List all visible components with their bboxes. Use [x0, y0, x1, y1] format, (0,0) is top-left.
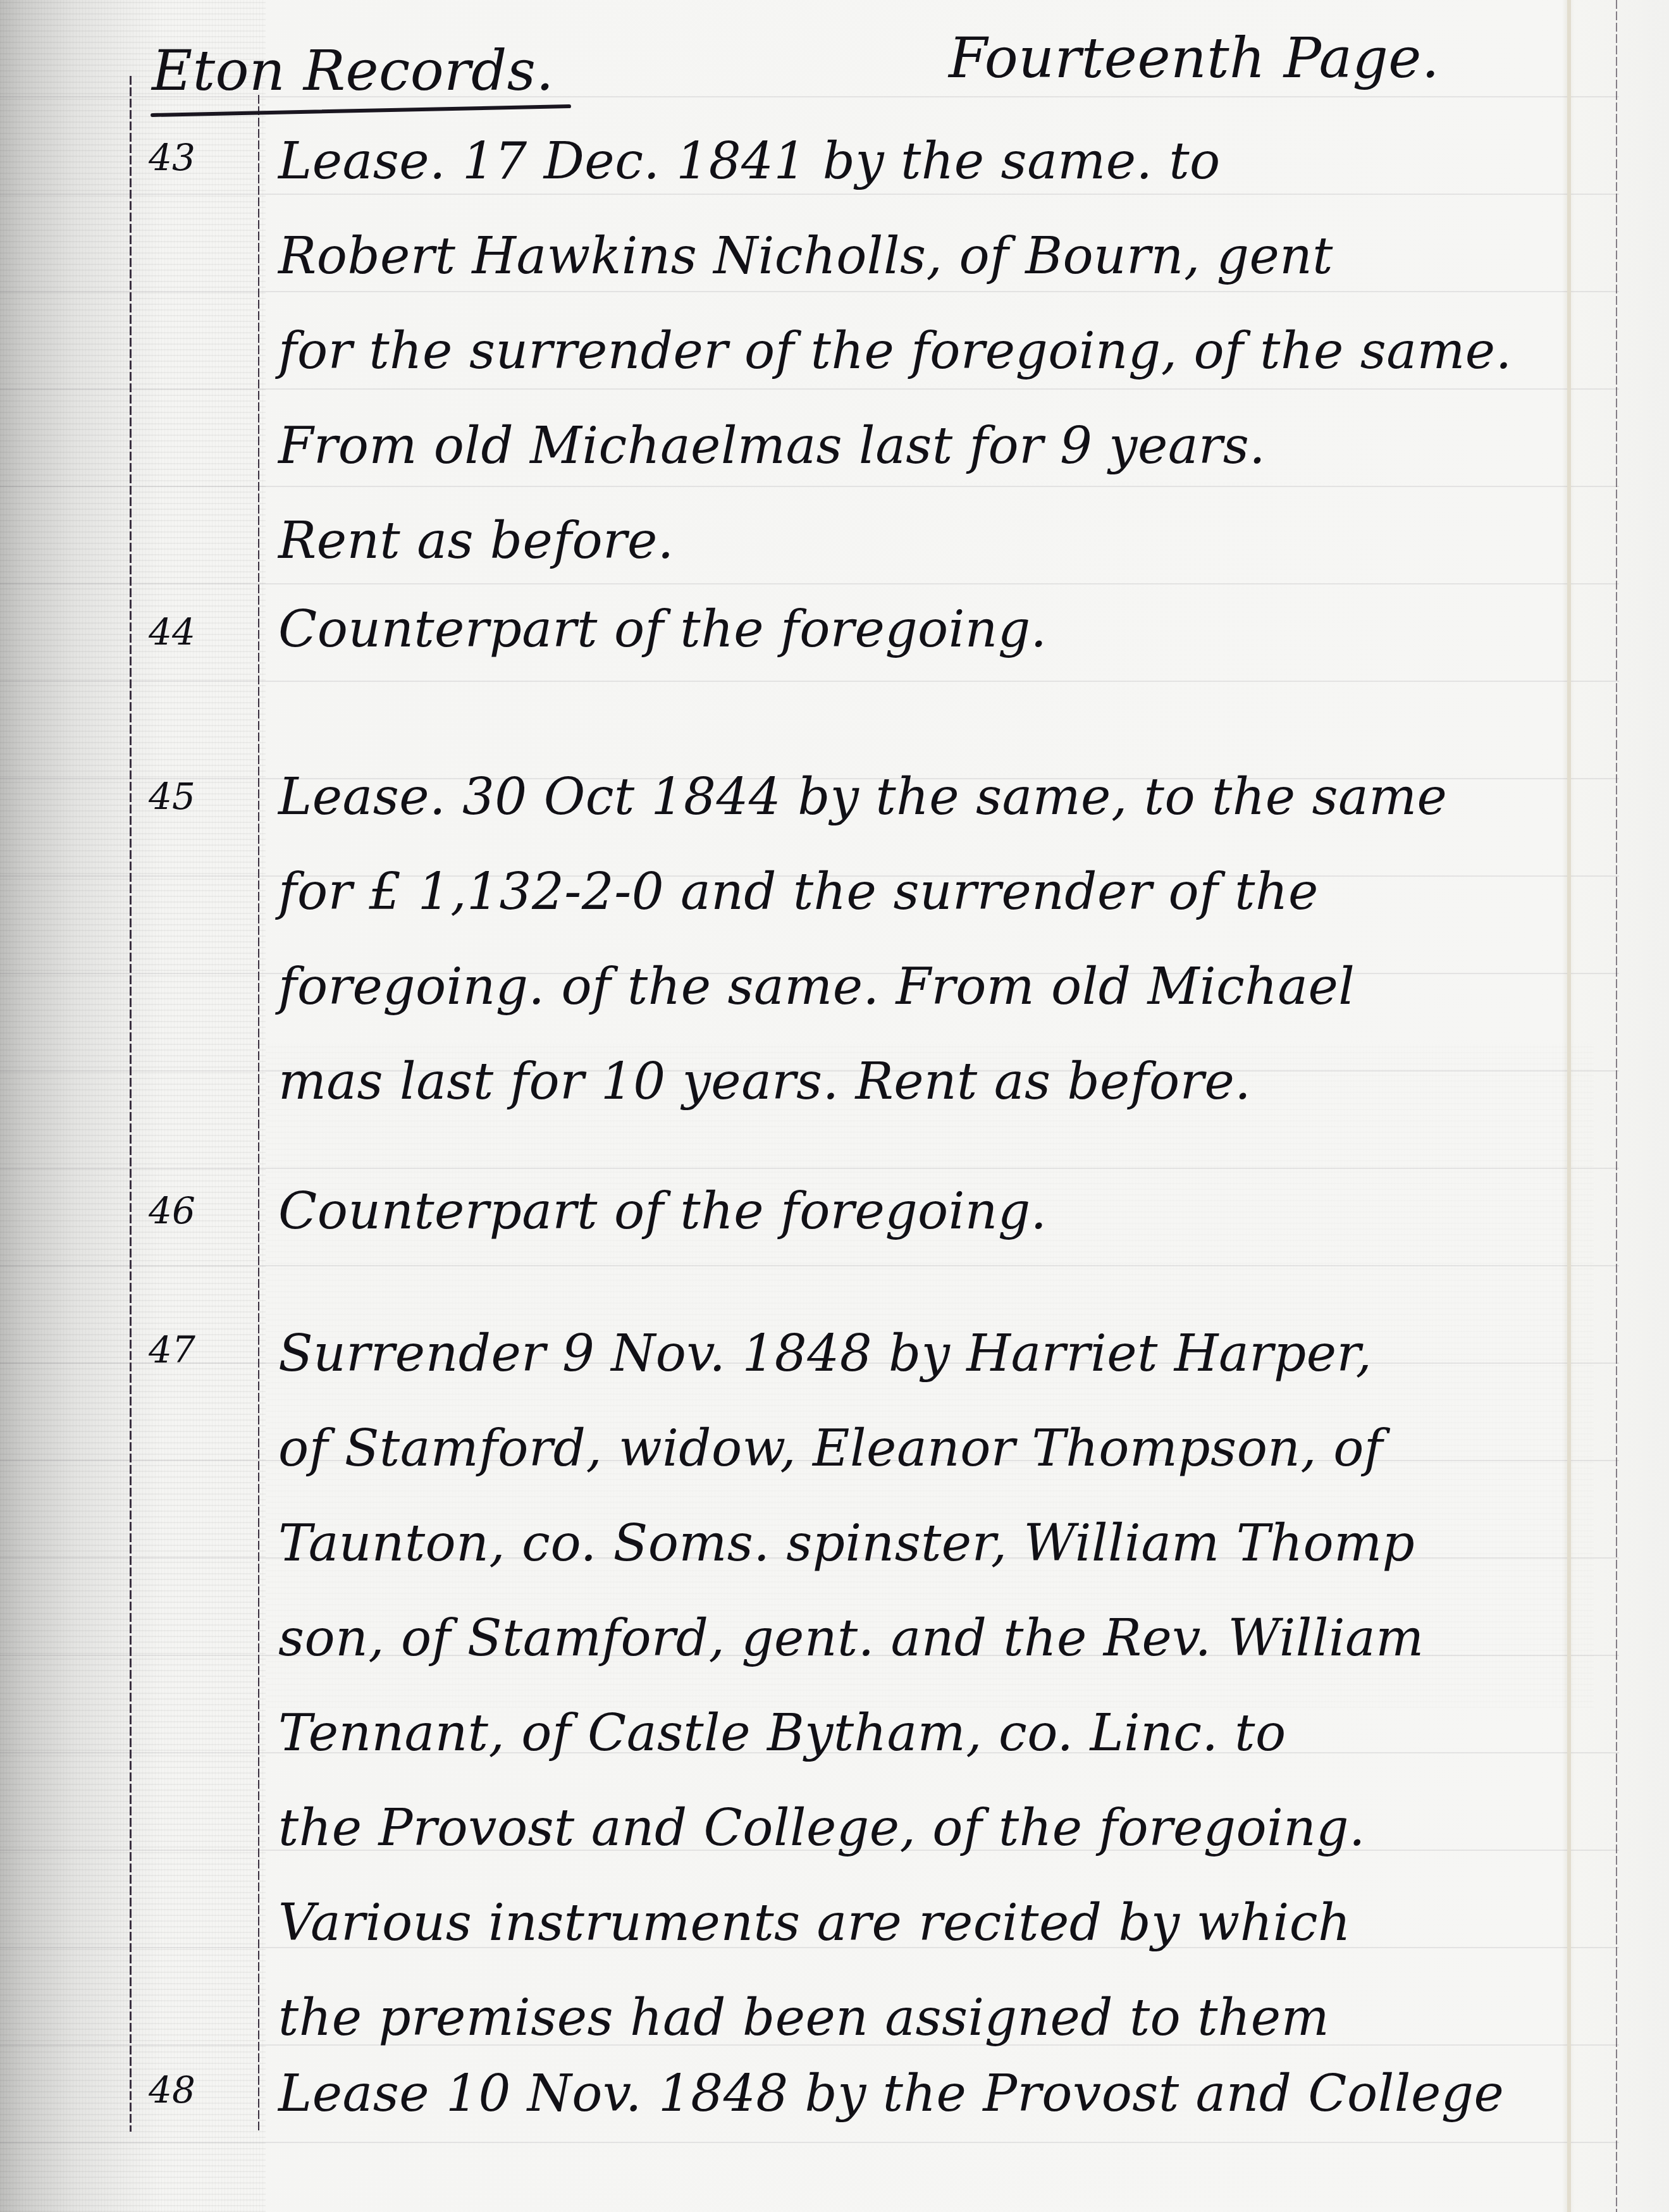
- entry-line: Counterpart of the foregoing.: [278, 1164, 1568, 1259]
- entry-text: Surrender 9 Nov. 1848 by Harriet Harper,…: [278, 1306, 1568, 2065]
- entry-line: Taunton, co. Soms. spinster, William Tho…: [278, 1496, 1568, 1591]
- entry-line: for the surrender of the foregoing, of t…: [278, 304, 1568, 399]
- entry-line: Various instruments are recited by which: [278, 1875, 1568, 1970]
- entry-number: 43: [149, 136, 195, 179]
- entry-text: Lease. 30 Oct 1844 by the same, to the s…: [278, 750, 1568, 1129]
- entry-line: Lease. 17 Dec. 1841 by the same. to: [278, 114, 1568, 209]
- header-title: Eton Records.: [152, 38, 554, 103]
- left-margin-rule: [130, 76, 132, 2132]
- page-label: Fourteenth Page.: [949, 25, 1439, 90]
- entry-line: the Provost and College, of the foregoin…: [278, 1781, 1568, 1875]
- entry-text: Counterpart of the foregoing.: [278, 1164, 1568, 1259]
- photocopy-shadow: [0, 0, 266, 2212]
- entry-line: Counterpart of the foregoing.: [278, 582, 1568, 677]
- entry-line: son, of Stamford, gent. and the Rev. Wil…: [278, 1591, 1568, 1686]
- number-column-rule: [258, 95, 259, 2132]
- entry-line: Rent as before.: [278, 493, 1568, 588]
- entry-text: Counterpart of the foregoing.: [278, 582, 1568, 677]
- entry-line: Tennant, of Castle Bytham, co. Linc. to: [278, 1686, 1568, 1781]
- entry-number: 44: [149, 610, 195, 653]
- entry-line: From old Michaelmas last for 9 years.: [278, 399, 1568, 493]
- entry-line: for £ 1,132-2-0 and the surrender of the: [278, 844, 1568, 939]
- entry-line: Surrender 9 Nov. 1848 by Harriet Harper,: [278, 1306, 1568, 1401]
- entry-number: 46: [149, 1189, 195, 1232]
- right-margin-rule: [1616, 0, 1617, 2212]
- entry-text: Lease. 17 Dec. 1841 by the same. to Robe…: [278, 114, 1568, 588]
- entry-line: mas last for 10 years. Rent as before.: [278, 1034, 1568, 1129]
- ledger-page: Eton Records. Fourteenth Page. 43 Lease.…: [0, 0, 1669, 2212]
- entry-line: Lease. 30 Oct 1844 by the same, to the s…: [278, 750, 1568, 844]
- entry-text: Lease 10 Nov. 1848 by the Provost and Co…: [278, 2046, 1568, 2141]
- entry-line: Robert Hawkins Nicholls, of Bourn, gent: [278, 209, 1568, 304]
- entry-number: 47: [149, 1328, 195, 1371]
- entry-number: 48: [149, 2068, 195, 2111]
- entry-line: foregoing. of the same. From old Michael: [278, 939, 1568, 1034]
- entry-number: 45: [149, 775, 195, 818]
- entry-line: of Stamford, widow, Eleanor Thompson, of: [278, 1401, 1568, 1496]
- entry-line: Lease 10 Nov. 1848 by the Provost and Co…: [278, 2046, 1568, 2141]
